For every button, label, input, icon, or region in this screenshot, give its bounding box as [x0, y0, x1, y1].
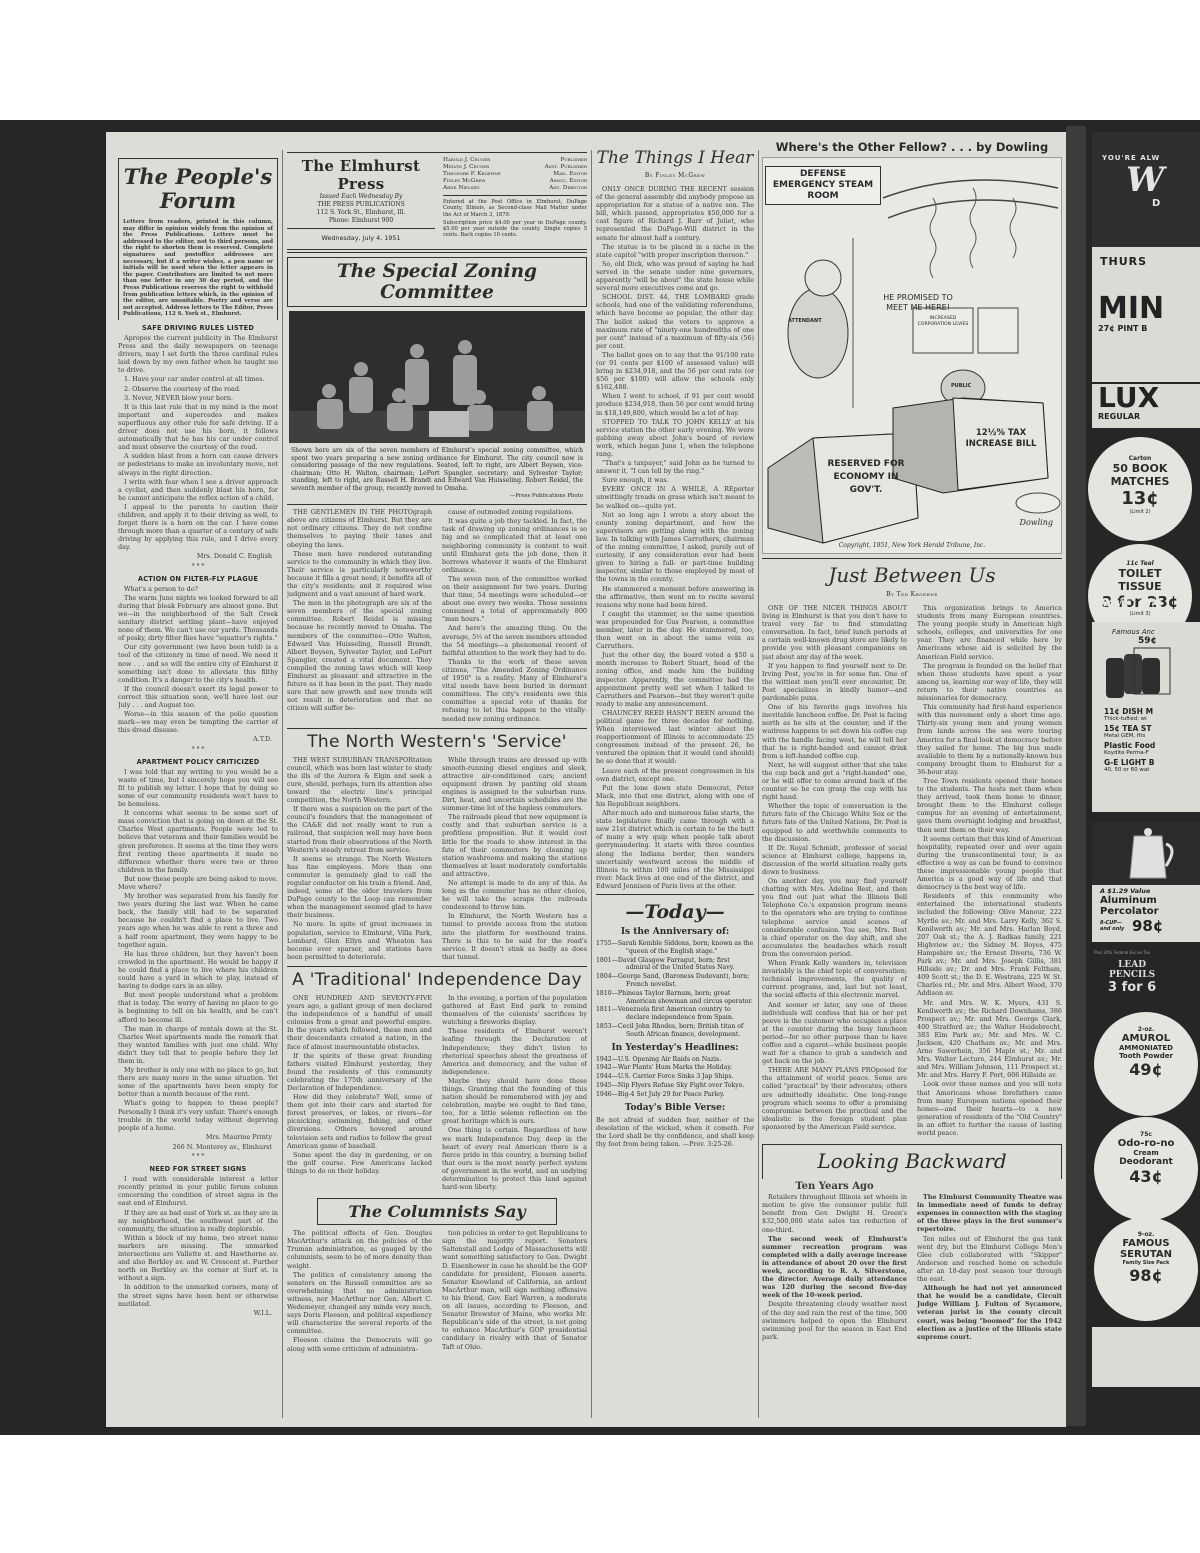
letter-paragraph: What's going to happen to these people? …: [118, 1099, 278, 1131]
headlines-list: 1942—U.S. Opening Air Raids on Nazis. 19…: [596, 1056, 754, 1099]
ad-circle-deodorant: 75c Odo-ro-no Cream Deodorant 43¢: [1094, 1117, 1198, 1221]
headline-item: 1942—U.S. Opening Air Raids on Nazis.: [596, 1056, 754, 1064]
article-paragraph: The seven men of the committee worked on…: [442, 575, 587, 624]
letter-paragraph: But most people understand what a proble…: [118, 991, 278, 1023]
letter-paragraph: But now these people are being asked to …: [118, 875, 278, 891]
subscription-notice: Subscription price $4.00 per year in DuP…: [443, 220, 587, 239]
letter-paragraph: Within a block of my home, two street na…: [118, 1234, 278, 1283]
letter-paragraph: 1. Have your car under control at all ti…: [118, 375, 278, 383]
masthead-double-rule: [287, 249, 587, 253]
pencils-line: LEAD: [1108, 960, 1156, 970]
ad-circle-price: 43¢: [1094, 1167, 1198, 1186]
separator-stars: * * *: [118, 746, 278, 754]
article-paragraph: THE WEST SUBURBAN TRANSPORtation council…: [287, 756, 432, 805]
article-paragraph: The politics of consistency among the se…: [287, 1271, 432, 1336]
independence-article: ONE HUNDRED AND SEVENTY-FIVE years ago, …: [287, 994, 587, 1192]
ad-lux-panel: LUX REGULAR: [1092, 384, 1200, 428]
column-paragraph: The ballot goes on to say that the 91/10…: [596, 351, 754, 391]
columnists-article: The political effects of Gen. Douglas Ma…: [287, 1229, 587, 1353]
forum-title-line1: The People's: [123, 165, 273, 189]
staff-name: Finley McGrew: [443, 178, 486, 185]
anniversary-heading: Is the Anniversary of:: [596, 927, 754, 937]
letter-signature-address: 266 N. Monterey av., Elmhurst: [118, 1143, 272, 1151]
headline-item: 1942—War Plants' Hum Marks the Holiday.: [596, 1064, 754, 1072]
anniversary-item: 1801—David Glasgow Farragut, born; first…: [596, 957, 754, 973]
ad-circle-top: 2-oz.: [1094, 1026, 1198, 1033]
ad-deal-label: 11¢ DISH M: [1104, 707, 1200, 716]
column-paragraph: SCHOOL DIST. 44, THE LOMBARD grade schoo…: [596, 293, 754, 350]
article-paragraph: It was quite a job they tackled. In fact…: [442, 517, 587, 574]
column-paragraph: EVERY ONCE IN A WHILE, A REporter unwitt…: [596, 485, 754, 509]
cartoon-title: Where's the Other Fellow? . . . by Dowli…: [762, 140, 1062, 154]
article-paragraph: Whether the topic of conversation is the…: [762, 802, 907, 842]
cartoon-sign: DEFENSE EMERGENCY STEAM ROOM: [765, 166, 881, 205]
masthead: The Elmhurst Press Issued Each Wednesday…: [287, 157, 587, 247]
letter-paragraph: A sudden blast from a horn can cause dri…: [118, 452, 278, 476]
anniversary-item: 1804—George Sand, (Baroness Dudevant), b…: [596, 973, 754, 989]
article-paragraph: cause of outmoded zoning regulations.: [442, 508, 587, 516]
bible-verse-text: Be not afraid of sudden fear, neither of…: [596, 1116, 754, 1148]
cartoon-speech: HE PROMISED TO MEET ME HERE!: [881, 293, 955, 313]
ad-circle-price: 49¢: [1094, 1060, 1198, 1079]
ad-circle-line: Cream: [1094, 1149, 1198, 1157]
ad-circle-price: 13¢: [1088, 488, 1192, 509]
ad-circle-note: (Limit 2): [1088, 509, 1192, 515]
just-between-us-headline: Just Between Us: [762, 563, 1062, 587]
article-paragraph: When Frank Kelly wanders in, television …: [762, 959, 907, 999]
article-paragraph: Retailers throughout Illinois set wheels…: [762, 1193, 907, 1233]
right-columns: Where's the Other Fellow? . . . by Dowli…: [762, 140, 1062, 1420]
article-paragraph: These residents of Elmhurst weren't leaf…: [442, 1027, 587, 1076]
letter-paragraph: I read with considerable interest a lett…: [118, 1175, 278, 1207]
editorial-cartoon: DEFENSE EMERGENCY STEAM ROOM HE PROMISED…: [762, 157, 1062, 554]
letter-heading: SAFE DRIVING RULES LISTED: [118, 324, 278, 332]
looking-backward-article: Ten Years Ago Retailers throughout Illin…: [762, 1179, 1062, 1342]
staff-row: Melvin J. CrugerAsst. Publisher: [443, 164, 587, 171]
things-i-hear-body: ONLY ONCE DURING THE RECENT session of t…: [596, 185, 754, 890]
percolator-line: Percolator: [1100, 906, 1200, 917]
column-divider: [282, 150, 283, 1418]
article-paragraph: And sooner or later, any one of these in…: [762, 1001, 907, 1066]
article-paragraph: It seems so strange. The North Western h…: [287, 855, 432, 920]
letter-heading: ACTION ON FILTER-FLY PLAGUE: [118, 575, 278, 583]
percolator-value: A $1.29 Value: [1100, 887, 1200, 895]
section-rule: [762, 558, 1062, 559]
staff-name: Harold J. Cruger: [443, 157, 490, 164]
ad-deal-sub: 40, 50 or 60 wat: [1104, 767, 1200, 773]
article-paragraph: The political effects of Gen. Douglas Ma…: [287, 1229, 432, 1269]
article-paragraph: Maybe they should have done these things…: [442, 1077, 587, 1126]
ad-bottom-panel: [1092, 1327, 1200, 1387]
forum-letters: SAFE DRIVING RULES LISTED Apropos the cu…: [118, 324, 278, 1317]
article-paragraph: If you happen to find yourself next to D…: [762, 662, 907, 702]
letter-signature: A.T.D.: [118, 735, 272, 743]
article-paragraph: If there was a suspicion on the part of …: [287, 805, 432, 854]
letter-paragraph: I appeal to the parents to caution their…: [118, 503, 278, 552]
separator-stars: * * *: [118, 1153, 278, 1161]
today-headline: —Today—: [596, 901, 754, 923]
article-paragraph: While through trains are dressed up with…: [442, 756, 587, 813]
staff-name: Melvin J. Cruger: [443, 164, 489, 171]
anniversary-item: 1755—Sarah Kemble Siddons, born; known a…: [596, 940, 754, 956]
committee-photo-image: [289, 311, 585, 443]
article-paragraph: Ten miles out of Elmhurst the gas tank w…: [917, 1235, 1062, 1284]
things-i-hear-column: The Things I Hear By Finley McGrew ONLY …: [596, 148, 754, 1418]
ad-circle-line: AMMONIATED: [1094, 1044, 1198, 1052]
zoning-article: THE GENTLEMEN IN THE PHOTOgraph above ar…: [287, 508, 587, 723]
canister-set-icon: [1104, 646, 1174, 701]
article-paragraph: The second week of Elmhurst's summer rec…: [762, 1235, 907, 1300]
letter-paragraph: He has three children, but they haven't …: [118, 950, 278, 990]
column-paragraph: I caught the stammer, so the same questi…: [596, 610, 754, 650]
article-paragraph: Mr. and Mrs. W. K. Myers, 431 S. Kenilwo…: [917, 999, 1062, 1080]
ad-deal-label: G-E LIGHT B: [1104, 758, 1200, 767]
columnists-headline: The Columnists Say: [317, 1198, 557, 1225]
column-paragraph: ONLY ONCE DURING THE RECENT session of t…: [596, 185, 754, 242]
peoples-forum-column: The People's Forum Letters from readers,…: [118, 158, 278, 1418]
staff-row: Arne NielsenAdv. Director: [443, 185, 587, 192]
column-paragraph: Sure enough, it was.: [596, 476, 754, 484]
lb-col-left: Ten Years Ago Retailers throughout Illin…: [762, 1179, 907, 1342]
northwestern-headline: The North Western's 'Service': [287, 732, 587, 752]
zoning-col-right: cause of outmoded zoning regulations. It…: [442, 508, 587, 723]
percolator-line: Aluminum: [1100, 895, 1200, 906]
photo-credit: —Press Publications Photo: [291, 493, 583, 501]
top-rule: [287, 152, 587, 153]
store-advertisement: YOU'RE ALW W D THURS MIN 27¢ PINT B LUX …: [1088, 132, 1200, 1402]
column-paragraph: Not so long ago I wrote a story about th…: [596, 511, 754, 584]
percolator-icon: [1120, 826, 1180, 881]
ad-deal-sub: Koydite Perma-F: [1104, 750, 1200, 756]
article-paragraph: Although he had not yet announced that h…: [917, 1284, 1062, 1341]
article-paragraph: Residents of this community who entertai…: [917, 892, 1062, 997]
bible-verse-heading: Today's Bible Verse:: [596, 1103, 754, 1113]
column-paragraph: STOPPED TO TALK TO JOHN KELLY at his ser…: [596, 418, 754, 458]
letter-paragraph: 2. Observe the courtesy of the road.: [118, 385, 278, 393]
article-paragraph: Thanks to the work of these seven citize…: [442, 658, 587, 723]
letter-paragraph: In addition to the unmarked corners, man…: [118, 1283, 278, 1307]
looking-backward-headline: Looking Backward: [762, 1144, 1062, 1179]
cartoon-box-tax: 12½% TAX INCREASE BILL: [958, 428, 1044, 450]
staff-role: Publisher: [560, 157, 587, 164]
ad-pencils: LEAD PENCILS 3 for 6: [1108, 960, 1156, 995]
letter-paragraph: Worse—in this season of the polio questi…: [118, 710, 278, 734]
letter-paragraph: Apropos the current publicity in The Elm…: [118, 334, 278, 374]
staff-row: Theodore F. KroehneMan. Editor: [443, 171, 587, 178]
ad-day: THURS: [1100, 255, 1200, 268]
letter-paragraph: The warm June nights we looked forward t…: [118, 594, 278, 643]
percolator-size: 8-CUP— and only: [1100, 920, 1126, 932]
article-paragraph: If Dr. Royal Schmidt, professor of socia…: [762, 844, 907, 876]
forum-title-box: The People's Forum Letters from readers,…: [118, 158, 278, 320]
publisher-org: THE PRESS PUBLICATIONS: [287, 201, 435, 209]
ad-item-name: LUX: [1098, 384, 1200, 412]
masthead-address: 112 S. York St., Elmhurst, Ill.: [287, 209, 435, 217]
ad-circle-serutan: 9-oz. FAMOUS SERUTAN Family Size Pack 98…: [1094, 1217, 1198, 1321]
ad-circle-line: TISSUE: [1088, 580, 1192, 593]
letter-paragraph: I write with fear when I see a driver ap…: [118, 478, 278, 502]
staff-role: Adv. Director: [549, 185, 587, 192]
article-paragraph: ONE OF THE NICER THINGS ABOUT living in …: [762, 604, 907, 661]
cartoon-signature: Dowling: [1020, 518, 1053, 527]
staff-name: Theodore F. Kroehne: [443, 171, 501, 178]
forum-intro: Letters from readers, printed in this co…: [123, 219, 273, 318]
ad-promo-price: 59¢: [1138, 636, 1200, 646]
letter-paragraph: My brother was separated from his family…: [118, 892, 278, 949]
issued-line: Issued Each Wednesday By: [287, 193, 435, 201]
things-i-hear-byline: By Finley McGrew: [596, 172, 754, 179]
ad-circle-line: TOILET: [1088, 567, 1192, 580]
ad-circle-line: SERUTAN: [1094, 1249, 1198, 1260]
ad-circle-line: MATCHES: [1088, 475, 1192, 488]
column-paragraph: After much ado and numerous false starts…: [596, 809, 754, 890]
anniversary-item: 1811—Venezuela first American country to…: [596, 1006, 754, 1022]
ad-circle-line: AMUROL: [1094, 1033, 1198, 1044]
column-paragraph: "That's a taxpayer," said John as he tur…: [596, 459, 754, 475]
ad-item-name: MIN: [1098, 294, 1200, 324]
ad-circle-line: Deodorant: [1094, 1157, 1198, 1167]
ad-circle-line: 50 BOOK: [1088, 462, 1192, 475]
column-paragraph: Put the lone down state Democrat, Peter …: [596, 784, 754, 808]
article-paragraph: On another day, you may find yourself ch…: [762, 877, 907, 958]
article-paragraph: One thing is certain. Regardless of how …: [442, 1126, 587, 1191]
ad-percolator-panel: A $1.29 Value Aluminum Percolator 8-CUP—…: [1092, 822, 1200, 942]
letter-paragraph: I was told that my writing to you would …: [118, 768, 278, 808]
ten-years-ago-subhead: Ten Years Ago: [762, 1183, 907, 1191]
cartoon-levies-label: INCREASED CORPORATION LEVIES: [915, 316, 971, 328]
ad-circle-line: Odo-ro-no: [1094, 1138, 1198, 1149]
anniversary-item: 1810—Phineas Taylor Barnum, born; great …: [596, 990, 754, 1006]
article-paragraph: It seems certain that this kind of Ameri…: [917, 835, 1062, 892]
pencils-line: PENCILS: [1108, 970, 1156, 980]
photo-caption: Shown here are six of the seven members …: [287, 447, 587, 500]
anniversary-item: 1853—Cecil John Rhodes, born; British ti…: [596, 1023, 754, 1039]
ad-circle-matches: Carton 50 BOOK MATCHES 13¢ (Limit 2): [1088, 437, 1192, 541]
staff-row: Finley McGrewAssoc. Editor: [443, 178, 587, 185]
staff-role: Assoc. Editor: [550, 178, 587, 185]
article-paragraph: The Elmhurst Community Theatre was in im…: [917, 1193, 1062, 1233]
ad-promo-title: Famous Anc: [1112, 628, 1200, 636]
article-paragraph: The railroads plead that new equipment i…: [442, 813, 587, 878]
article-paragraph: Despite threatening cloudy weather most …: [762, 1300, 907, 1340]
ad-circle-toothpowder: 2-oz. AMUROL AMMONIATED Tooth Powder 49¢: [1094, 1012, 1198, 1116]
column-paragraph: When I went to school, if 91 per cent wo…: [596, 392, 754, 416]
forum-title-line2: Forum: [123, 189, 273, 213]
zoning-col-left: THE GENTLEMEN IN THE PHOTOgraph above ar…: [287, 508, 432, 723]
cartoon-box-economy: RESERVED FOR ECONOMY IN GOV'T.: [825, 458, 907, 497]
columnists-col-left: The political effects of Gen. Douglas Ma…: [287, 1229, 432, 1353]
things-i-hear-headline: The Things I Hear: [596, 148, 754, 168]
zoning-committee-photo: [289, 311, 585, 443]
entry-notice: Entered at the Post Office in Elmhurst, …: [443, 199, 587, 218]
jbu-col-left: ONE OF THE NICER THINGS ABOUT living in …: [762, 604, 907, 1138]
article-paragraph: One of his favorite gags involves his in…: [762, 703, 907, 760]
masthead-left: The Elmhurst Press Issued Each Wednesday…: [287, 157, 435, 247]
ad-script-logo: W: [1126, 162, 1200, 198]
article-paragraph: This community had first-hand experience…: [917, 703, 1062, 776]
letter-paragraph: 3. Never, NEVER blow your horn.: [118, 394, 278, 402]
newspaper-name: The Elmhurst Press: [287, 157, 435, 193]
letter-signature: W.I.L.: [118, 1309, 272, 1317]
ad-deal-sub: Thick-tufted; wi: [1104, 716, 1200, 722]
ad-circle-line: Tooth Powder: [1094, 1052, 1198, 1060]
letter-paragraph: Our city government (we have been told) …: [118, 643, 278, 683]
ad-circle-top: 75c: [1094, 1131, 1198, 1138]
ad-deal-sub: Metal GEM, fits: [1104, 733, 1200, 739]
article-paragraph: Look over these names and you will note …: [917, 1080, 1062, 1137]
article-paragraph: The men in the photograph are six of the…: [287, 599, 432, 712]
zoning-headline: The Special Zoning Committee: [287, 257, 587, 307]
letter-paragraph: It concerns what seems to be some sort o…: [118, 809, 278, 874]
masthead-rule: [287, 228, 435, 229]
column-divider: [758, 150, 759, 1418]
column-paragraph: So, old Dick, who was proud of saying he…: [596, 260, 754, 292]
column-paragraph: The statue is to be placed in a niche in…: [596, 243, 754, 259]
ad-circle-top: Carton: [1088, 455, 1192, 462]
column-paragraph: He stammered a moment before answering i…: [596, 585, 754, 609]
staff-name: Arne Nielsen: [443, 185, 480, 192]
article-paragraph: In the evening, a portion of the populat…: [442, 994, 587, 1026]
letter-paragraph: What's a person to do?: [118, 585, 278, 593]
just-between-us-article: ONE OF THE NICER THINGS ABOUT living in …: [762, 604, 1062, 1138]
headline-item: 1945—Nip Flyers Refuse Sky Fight over To…: [596, 1082, 754, 1090]
ad-circle-price: 98¢: [1094, 1266, 1198, 1285]
letter-signature: Mrs. Donald C. English: [118, 552, 272, 560]
page-gutter: [1066, 126, 1086, 1426]
headlines-heading: In Yesterday's Headlines:: [596, 1043, 754, 1053]
article-paragraph: And here's the amazing thing. On the ave…: [442, 624, 587, 656]
section-rule: [287, 504, 587, 505]
letter-heading: APARTMENT POLICY CRITICIZED: [118, 758, 278, 766]
staff-role: Man. Editor: [553, 171, 587, 178]
article-paragraph: Tree Town residents opened their homes t…: [917, 777, 1062, 834]
column-divider: [591, 150, 592, 1418]
cartoon-attendant-label: ATTENDANT: [788, 318, 822, 324]
northwestern-col-left: THE WEST SUBURBAN TRANSPORtation council…: [287, 756, 432, 962]
cartoon-public-label: PUBLIC: [951, 383, 971, 389]
article-paragraph: Fleeson claims the Democrats will go alo…: [287, 1336, 432, 1352]
article-paragraph: In Elmhurst, the North Western has a tun…: [442, 912, 587, 961]
jbu-col-right: This organization brings to America stud…: [917, 604, 1062, 1138]
northwestern-article: THE WEST SUBURBAN TRANSPORtation council…: [287, 756, 587, 962]
article-paragraph: These men have rendered outstanding serv…: [287, 550, 432, 599]
just-between-us-byline: By Ted Kroehne: [762, 591, 1062, 598]
article-paragraph: No more. In spite of great increases in …: [287, 920, 432, 960]
letter-heading: NEED FOR STREET SIGNS: [118, 1165, 278, 1173]
letter-paragraph: My brother is only one with no place to …: [118, 1066, 278, 1098]
cartoon-copyright: Copyright, 1951, New York Herald Tribune…: [763, 542, 1061, 549]
lb-col-right: The Elmhurst Community Theatre was in im…: [917, 1179, 1062, 1342]
staff-row: Harold J. CrugerPublisher: [443, 157, 587, 164]
ad-circle-top: 11c Teal: [1088, 560, 1192, 567]
letter-paragraph: It is this last rule that in my mind is …: [118, 403, 278, 452]
separator-stars: * * *: [118, 563, 278, 571]
ad-save-banner: SAVE ON: [1092, 597, 1163, 613]
letter-paragraph: The man in charge of rentals down at the…: [118, 1025, 278, 1065]
caption-text: Shown here are six of the seven members …: [291, 447, 583, 492]
article-paragraph: ONE HUNDRED AND SEVENTY-FIVE years ago, …: [287, 994, 432, 1051]
letter-signature: Mrs. Maurine Printy: [118, 1133, 272, 1141]
article-paragraph: If the spirits of these great founding f…: [287, 1052, 432, 1092]
ad-deals-panel: Famous Anc 59¢ 11¢ DISH M Thick-tufted; …: [1092, 622, 1200, 812]
columnists-col-right: tion policies in order to get Republican…: [442, 1229, 587, 1353]
ad-letter-d: D: [1152, 198, 1200, 209]
article-paragraph: This organization brings to America stud…: [917, 604, 1062, 661]
article-paragraph: The program is founded on the belief tha…: [917, 662, 1062, 702]
headline-item: 1946—Big-4 Set July 29 for Peace Parley.: [596, 1091, 754, 1099]
cartoon-drawing: [763, 158, 1061, 553]
ad-deal-label: 15¢ TEA ST: [1104, 724, 1200, 733]
ad-tax-note: Plus 20% Federal Excise Tax: [1094, 950, 1150, 955]
percolator-price: 98¢: [1132, 917, 1163, 935]
northwestern-col-right: While through trains are dressed up with…: [442, 756, 587, 962]
article-paragraph: Some spent the day in gardening, or on t…: [287, 1151, 432, 1175]
article-paragraph: THERE ARE MANY PLANS PROposed for the at…: [762, 1066, 907, 1131]
section-rule: [596, 894, 754, 895]
headline-item: 1944—U.S. Carrier Force Sinks 3 Jap Ship…: [596, 1073, 754, 1081]
staff-rule: [443, 195, 587, 196]
masthead-phone: Phone: Elmhurst 900: [287, 217, 435, 225]
anniversary-list: 1755—Sarah Kemble Siddons, born; known a…: [596, 940, 754, 1039]
ad-header: YOU'RE ALW W D: [1092, 132, 1200, 247]
ad-day-panel: THURS MIN 27¢ PINT B: [1092, 247, 1200, 382]
article-paragraph: How did they celebrate? Well, some of th…: [287, 1093, 432, 1150]
column-paragraph: Leave each of the present congressmen in…: [596, 767, 754, 783]
letter-paragraph: If they are as bad east of York st. as t…: [118, 1209, 278, 1233]
column-paragraph: CHAUNCEY REED HASN'T BEEN around the pol…: [596, 709, 754, 766]
staff-role: Asst. Publisher: [545, 164, 587, 171]
pencils-price: 3 for 6: [1108, 980, 1156, 995]
independence-col-left: ONE HUNDRED AND SEVENTY-FIVE years ago, …: [287, 994, 432, 1192]
article-paragraph: Next, he will suggest either that she ta…: [762, 761, 907, 801]
masthead-right: Harold J. CrugerPublisher Melvin J. Crug…: [443, 157, 587, 247]
column-paragraph: Just the other day, the board voted a $5…: [596, 651, 754, 708]
ad-deal-label: Plastic Food: [1104, 741, 1200, 750]
independence-headline: A 'Traditional' Independence Day: [287, 970, 587, 990]
section-rule: [287, 966, 587, 967]
staff-list: Harold J. CrugerPublisher Melvin J. Crug…: [443, 157, 587, 192]
article-paragraph: tion policies in order to get Republican…: [442, 1229, 587, 1350]
percolator-details: A $1.29 Value Aluminum Percolator 8-CUP—…: [1092, 885, 1200, 942]
percolator-price-row: 8-CUP— and only 98¢: [1100, 917, 1200, 935]
independence-col-right: In the evening, a portion of the populat…: [442, 994, 587, 1192]
ad-circle-line: FAMOUS: [1094, 1238, 1198, 1249]
article-paragraph: No attempt is made to do any of this. As…: [442, 879, 587, 911]
editorial-columns: The Elmhurst Press Issued Each Wednesday…: [287, 152, 587, 1422]
article-paragraph: THE GENTLEMEN IN THE PHOTOgraph above ar…: [287, 508, 432, 548]
ad-circle-top: 9-oz.: [1094, 1231, 1198, 1238]
issue-date: Wednesday, July 4, 1951: [287, 234, 435, 242]
section-rule: [287, 728, 587, 729]
letter-paragraph: If the council doesn't exert its legal p…: [118, 685, 278, 709]
